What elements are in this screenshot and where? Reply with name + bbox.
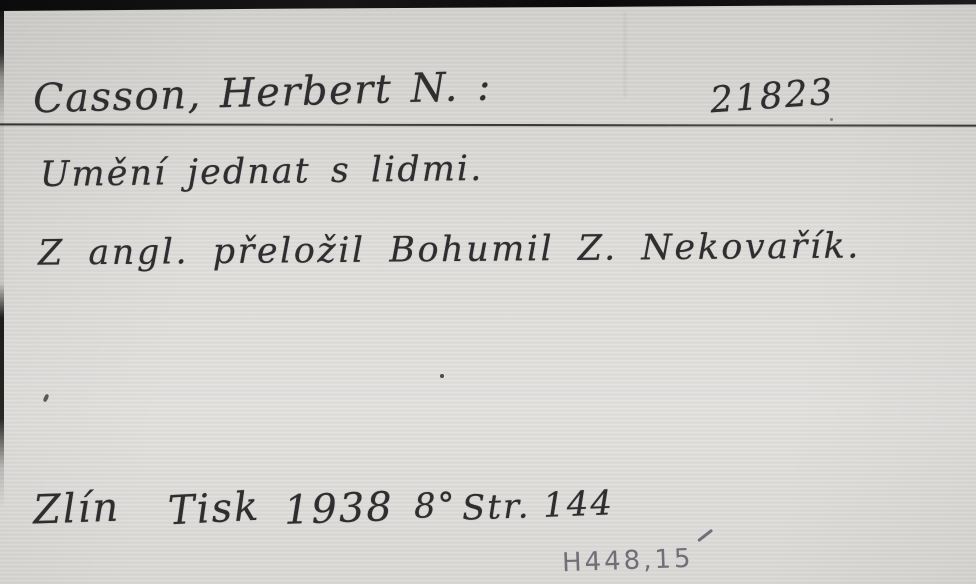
ink-speck — [440, 374, 444, 378]
catalog-card-scan: Casson, Herbert N. : 21823 Umění jednat … — [0, 0, 976, 584]
translator-line: Z angl. přeložil Bohumil Z. Nekovařík. — [38, 226, 861, 273]
ink-speck — [830, 118, 833, 121]
imprint-format: 8° — [413, 485, 457, 526]
accession-number: 21823 — [709, 72, 836, 122]
author-heading: Casson, Herbert N. : — [32, 64, 492, 123]
call-number-pencil: H448,15 — [562, 544, 694, 579]
imprint-line: Zlín Tisk 1938 8° Str. 144 — [0, 486, 976, 548]
pencil-speck — [43, 394, 50, 403]
imprint-year: 1938 — [283, 484, 394, 534]
title-line: Umění jednat s lidmi. — [40, 149, 484, 195]
imprint-pages: Str. 144 — [461, 483, 614, 528]
scan-left-edge — [0, 8, 4, 508]
ruled-line — [0, 123, 976, 126]
imprint-place: Zlín — [32, 484, 121, 533]
imprint-publisher: Tisk — [167, 484, 262, 535]
scan-top-edge — [0, 0, 976, 11]
fold-crease — [624, 12, 626, 98]
